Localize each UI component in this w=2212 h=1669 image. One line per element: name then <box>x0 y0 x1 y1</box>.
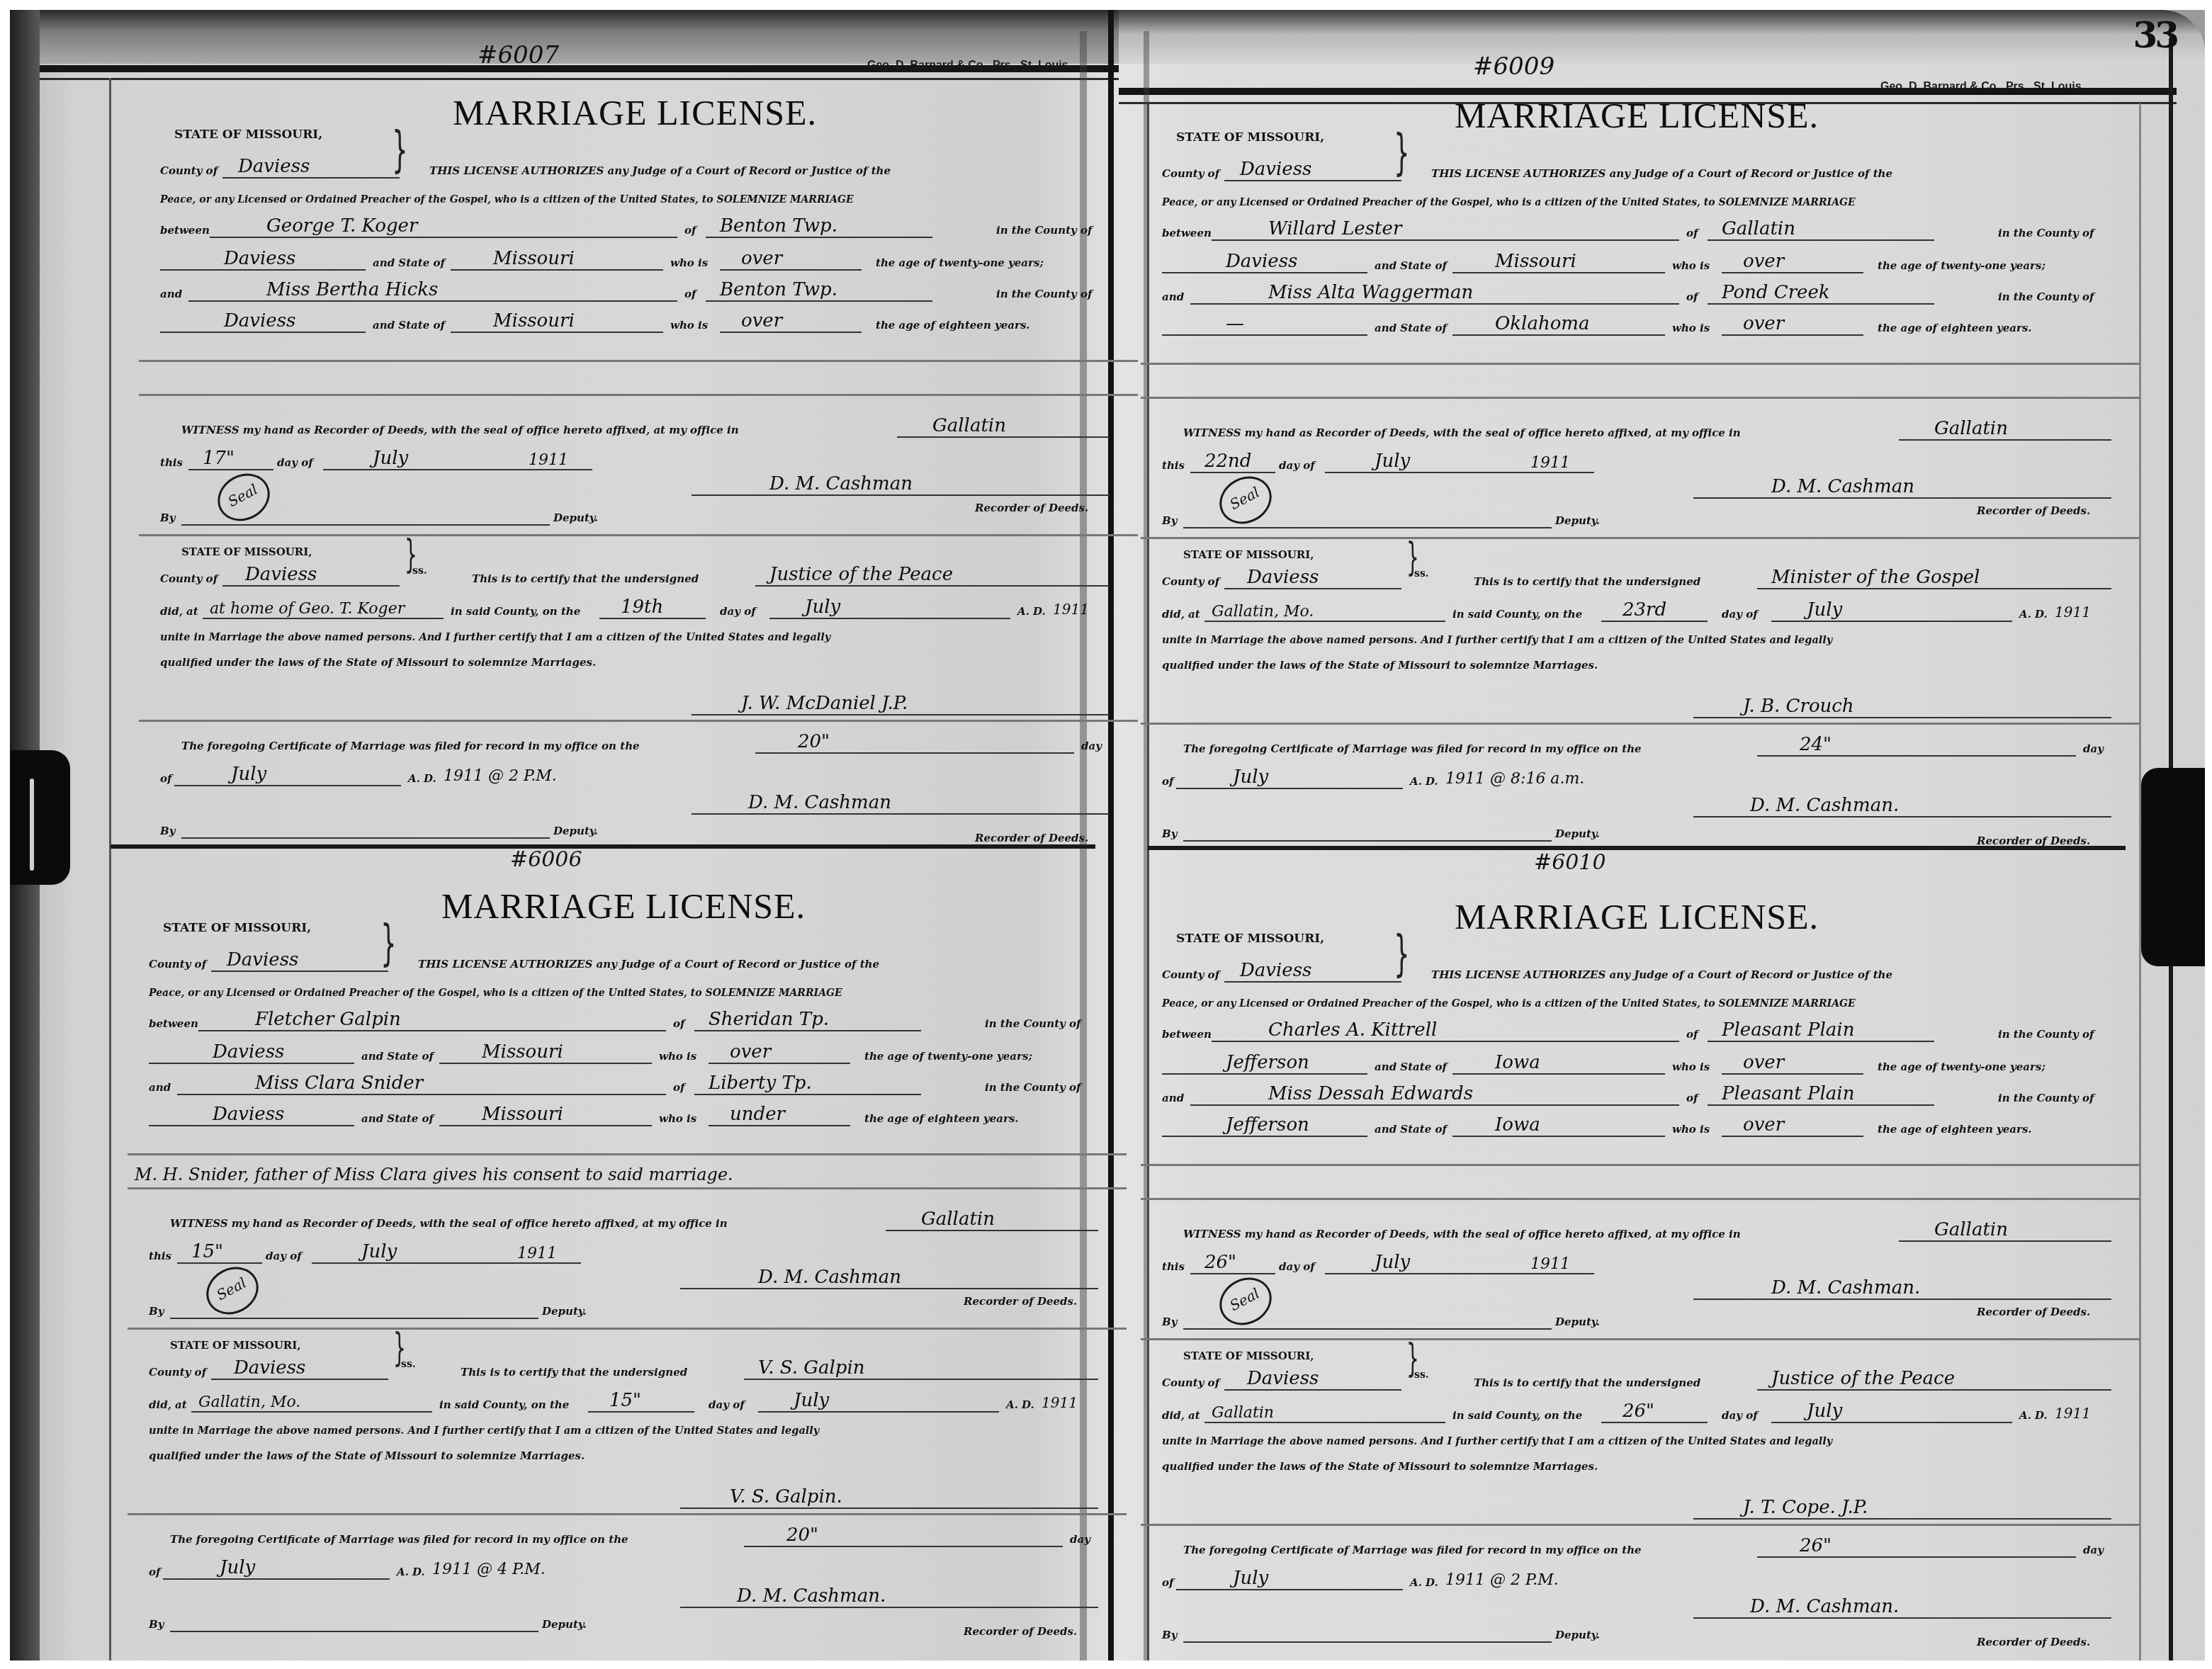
authorizes-line-1: THIS LICENSE AUTHORIZES any Judge of a C… <box>1431 968 1892 981</box>
of-label: of <box>1686 227 1698 239</box>
in-said-county-label: in said County, on the <box>1452 608 1582 621</box>
who-is-label: who is <box>670 319 708 332</box>
between-label: between <box>1162 1028 1212 1041</box>
county-of-label: in the County of <box>1998 1092 2094 1104</box>
brace: } <box>393 1325 406 1371</box>
county-label: County of <box>1162 968 1219 981</box>
county-row: County of Daviess THIS LICENSE AUTHORIZE… <box>149 945 1098 973</box>
ceremony-year: 1911 <box>1042 1394 1078 1411</box>
day-label: day <box>1070 1533 1090 1546</box>
state-of-label: and State of <box>1375 1123 1447 1136</box>
bride-age-qualifier: over <box>741 310 782 332</box>
state-label: STATE OF MISSOURI, <box>1176 932 1324 946</box>
county-label: County of <box>149 1366 206 1379</box>
bride-name: Miss Alta Waggerman <box>1268 282 1473 303</box>
issue-year: 1911 <box>517 1245 557 1262</box>
certify-text: This is to certify that the undersigned <box>1474 575 1700 588</box>
bride-county: — <box>1226 313 1244 334</box>
of-label: of <box>160 772 171 785</box>
cert-state-label: STATE OF MISSOURI, <box>181 545 312 558</box>
groom-state: Missouri <box>482 1041 563 1063</box>
certify-text: This is to certify that the undersigned <box>461 1366 687 1379</box>
witness-text: WITNESS my hand as Recorder of Deeds, wi… <box>170 1217 728 1230</box>
county-value: Daviess <box>238 156 310 177</box>
recorder-label: Recorder of Deeds. <box>1977 504 2090 517</box>
issue-year: 1911 <box>1530 1255 1570 1273</box>
brace: } <box>1406 534 1419 580</box>
by-label: By <box>1162 827 1177 840</box>
ad-label: A. D. <box>1410 1576 1438 1589</box>
age-18-label: the age of eighteen years. <box>864 1112 1019 1125</box>
and-label: and <box>160 288 182 300</box>
by-label: By <box>149 1618 164 1631</box>
recorder-label: Recorder of Deeds. <box>1977 1306 2090 1318</box>
state-label: STATE OF MISSOURI, <box>163 921 311 935</box>
who-is-label: who is <box>1672 1060 1710 1073</box>
bride-residence: Benton Twp. <box>720 279 837 300</box>
filed-date-row: of July A. D. 1911 @ 2 P.M. <box>160 758 1110 788</box>
county-label: County of <box>1162 575 1219 588</box>
ceremony-day: 26" <box>1623 1401 1654 1422</box>
witness-place: Gallatin <box>1934 1219 2008 1240</box>
state-of-label: and State of <box>361 1112 434 1125</box>
authorizes-line-2: Peace, or any Licensed or Ordained Preac… <box>1162 197 1856 208</box>
witness-row: WITNESS my hand as Recorder of Deeds, wi… <box>1162 414 2111 442</box>
filed-month: July <box>231 764 266 785</box>
cert-county: Daviess <box>1247 567 1319 588</box>
deputy-row: By Deputy. Recorder of Deeds. <box>1162 1303 2111 1331</box>
filed-row: The foregoing Certificate of Marriage wa… <box>149 1520 1098 1549</box>
printer-mark: Geo. D. Barnard & Co., Prs., St. Louis <box>1880 81 2082 94</box>
state-of-label: and State of <box>1375 322 1447 334</box>
by-label: By <box>160 825 175 837</box>
cert-county: Daviess <box>1247 1368 1319 1389</box>
state-label: STATE OF MISSOURI, <box>1176 130 1324 145</box>
bride-state-row: Jefferson and State of Iowa who is over … <box>1162 1109 2111 1138</box>
bride-county: Daviess <box>224 310 295 332</box>
brace: } <box>1394 924 1409 983</box>
authorizes-line-1: THIS LICENSE AUTHORIZES any Judge of a C… <box>429 164 891 177</box>
age-18-label: the age of eighteen years. <box>1878 1123 2032 1136</box>
bride-row: and Miss Clara Snider of Liberty Tp. in … <box>149 1067 1098 1097</box>
and-label: and <box>1162 290 1184 303</box>
filed-recorder-signature: D. M. Cashman. <box>1750 795 1899 816</box>
issue-year: 1911 <box>1530 454 1570 472</box>
groom-state: Missouri <box>493 248 575 269</box>
unite-text: unite in Marriage the above named person… <box>1162 634 1832 646</box>
cert-state-label: STATE OF MISSOURI, <box>1183 548 1314 561</box>
ceremony-place: Gallatin <box>1212 1404 1274 1422</box>
bride-state: Oklahoma <box>1495 313 1589 334</box>
ceremony-year: 1911 <box>2055 1405 2091 1422</box>
by-label: By <box>1162 1629 1177 1641</box>
of-label: of <box>1686 1028 1698 1041</box>
groom-state: Iowa <box>1495 1052 1540 1073</box>
qualified-row: qualified under the laws of the State of… <box>1162 1450 2111 1476</box>
did-at-label: did, at <box>1162 608 1200 621</box>
officiant-signature: J. T. Cope. J.P. <box>1743 1497 1868 1518</box>
unite-row: unite in Marriage the above named person… <box>1162 623 2111 649</box>
cert-state-label: STATE OF MISSOURI, <box>170 1339 301 1352</box>
deputy-label: Deputy. <box>1555 827 1600 840</box>
groom-county: Daviess <box>224 248 295 269</box>
foregoing-text: The foregoing Certificate of Marriage wa… <box>170 1533 628 1546</box>
officiant-signature-row: J. T. Cope. J.P. <box>1162 1488 2111 1521</box>
issue-month: July <box>1375 451 1410 472</box>
ceremony-year: 1911 <box>1053 601 1089 618</box>
witness-place: Gallatin <box>932 415 1006 436</box>
groom-row: between Willard Lester of Gallatin in th… <box>1162 213 2111 242</box>
county-label: County of <box>1162 1376 1219 1389</box>
foregoing-text: The foregoing Certificate of Marriage wa… <box>1183 742 1642 755</box>
certify-text: This is to certify that the undersigned <box>1474 1376 1700 1389</box>
county-row: County of Daviess THIS LICENSE AUTHORIZE… <box>1162 154 2111 183</box>
who-is-label: who is <box>670 256 708 269</box>
left-page-header-band <box>10 10 1119 64</box>
officiant-signature: J. B. Crouch <box>1743 696 1854 717</box>
county-row: County of Daviess THIS LICENSE AUTHORIZE… <box>160 152 1110 180</box>
deputy-label: Deputy. <box>1555 1316 1600 1328</box>
entry-number-top: #6009 <box>1473 52 1554 81</box>
ledger-tab <box>2141 768 2205 966</box>
filed-date-row: of July A. D. 1911 @ 4 P.M. <box>149 1551 1098 1581</box>
bride-name: Miss Clara Snider <box>255 1073 423 1094</box>
age-21-label: the age of twenty-one years; <box>864 1050 1032 1063</box>
witness-row: WITNESS my hand as Recorder of Deeds, wi… <box>160 411 1110 439</box>
bride-age-qualifier: over <box>1743 1114 1784 1136</box>
groom-age-qualifier: over <box>730 1041 771 1063</box>
filed-month: July <box>1233 1568 1268 1589</box>
qualified-row: qualified under the laws of the State of… <box>149 1439 1098 1465</box>
in-said-county-label: in said County, on the <box>439 1398 569 1411</box>
groom-residence: Benton Twp. <box>720 215 837 237</box>
filed-row: The foregoing Certificate of Marriage wa… <box>160 727 1110 755</box>
recorder-label: Recorder of Deeds. <box>964 1295 1077 1308</box>
state-label: STATE OF MISSOURI, <box>174 128 322 142</box>
filed-year-time: 1911 @ 8:16 a.m. <box>1445 770 1584 788</box>
filed-day: 20" <box>786 1524 818 1546</box>
filed-deputy-row: By Deputy. Recorder of Deeds. <box>160 812 1110 840</box>
who-is-label: who is <box>1672 1123 1710 1136</box>
bride-state: Missouri <box>493 310 575 332</box>
filed-year-time: 1911 @ 2 P.M. <box>444 767 557 785</box>
bride-residence: Pleasant Plain <box>1722 1083 1854 1104</box>
state-of-label: and State of <box>373 256 445 269</box>
note-row <box>1162 1165 2111 1198</box>
county-of-label: in the County of <box>985 1017 1081 1030</box>
of-label: of <box>1162 1576 1173 1589</box>
county-of-label: in the County of <box>985 1081 1081 1094</box>
who-is-label: who is <box>1672 322 1710 334</box>
day-of-label: day of <box>1722 1409 1758 1422</box>
issue-day: 26" <box>1204 1252 1236 1273</box>
authorizes-row: Peace, or any Licensed or Ordained Preac… <box>1162 987 2111 1012</box>
by-label: By <box>1162 1316 1177 1328</box>
bride-age-qualifier: under <box>730 1104 785 1125</box>
deputy-label: Deputy. <box>1555 514 1600 527</box>
recorder-label: Recorder of Deeds. <box>1977 1636 2090 1648</box>
age-18-label: the age of eighteen years. <box>1878 322 2032 334</box>
ceremony-month: July <box>1807 599 1842 621</box>
officiant-signature: J. W. McDaniel J.P. <box>741 693 908 714</box>
filed-year-time: 1911 @ 4 P.M. <box>432 1561 546 1578</box>
note-row <box>1162 364 2111 397</box>
bride-state-row: Daviess and State of Missouri who is und… <box>149 1098 1098 1128</box>
bride-state-row: Daviess and State of Missouri who is ove… <box>160 305 1110 334</box>
age-21-label: the age of twenty-one years; <box>876 256 1044 269</box>
groom-residence: Pleasant Plain <box>1722 1019 1854 1041</box>
between-label: between <box>160 224 210 237</box>
deputy-row: By Deputy. Recorder of Deeds. <box>160 499 1110 527</box>
deputy-label: Deputy. <box>542 1618 587 1631</box>
ceremony-year: 1911 <box>2055 604 2091 621</box>
groom-name: George T. Koger <box>266 215 417 237</box>
certify-text: This is to certify that the undersigned <box>472 572 699 585</box>
between-label: between <box>149 1017 198 1030</box>
filed-day: 24" <box>1800 734 1832 755</box>
of-label: of <box>673 1017 684 1030</box>
ceremony-place: Gallatin, Mo. <box>198 1393 300 1411</box>
groom-county: Jefferson <box>1226 1052 1309 1073</box>
bride-county: Jefferson <box>1226 1114 1309 1136</box>
witness-text: WITNESS my hand as Recorder of Deeds, wi… <box>1183 1228 1741 1240</box>
authorizes-row: Peace, or any Licensed or Ordained Preac… <box>149 976 1098 1002</box>
entry-number: #6006 <box>510 847 582 872</box>
issue-day: 22nd <box>1204 451 1251 472</box>
ceremony-place: Gallatin, Mo. <box>1212 603 1314 621</box>
in-said-county-label: in said County, on the <box>1452 1409 1582 1422</box>
witness-place: Gallatin <box>921 1209 995 1230</box>
groom-row: between Fletcher Galpin of Sheridan Tp. … <box>149 1003 1098 1033</box>
filed-deputy-row: By Deputy. Recorder of Deeds. <box>1162 1616 2111 1644</box>
of-label: of <box>684 288 696 300</box>
recorder-signature-row: D. M. Cashman <box>160 468 1110 497</box>
state-of-label: and State of <box>361 1050 434 1063</box>
groom-state-row: Jefferson and State of Iowa who is over … <box>1162 1046 2111 1076</box>
authorizes-line-2: Peace, or any Licensed or Ordained Preac… <box>160 194 854 205</box>
note-row: M. H. Snider, father of Miss Clara gives… <box>149 1155 1098 1187</box>
officiant-signature-row: V. S. Galpin. <box>149 1478 1098 1510</box>
bride-row: and Miss Dessah Edwards of Pleasant Plai… <box>1162 1077 2111 1107</box>
recorder-signature-row: D. M. Cashman <box>149 1261 1098 1291</box>
cert-county-row: County of Daviess ss. This is to certify… <box>1162 1364 2111 1392</box>
day-of-label: day of <box>709 1398 745 1411</box>
county-label: County of <box>160 164 218 177</box>
witness-row: WITNESS my hand as Recorder of Deeds, wi… <box>149 1204 1098 1233</box>
did-at-label: did, at <box>149 1398 187 1411</box>
deputy-label: Deputy. <box>1555 1629 1600 1641</box>
ceremony-month: July <box>1807 1401 1842 1422</box>
state-of-label: and State of <box>1375 1060 1447 1073</box>
note-row <box>160 361 1110 394</box>
filed-day: 26" <box>1800 1535 1832 1556</box>
ceremony-row: did, at Gallatin, Mo. in said County, on… <box>149 1384 1098 1414</box>
groom-age-qualifier: over <box>1743 251 1784 272</box>
filed-month: July <box>1233 766 1268 788</box>
groom-state: Missouri <box>1495 251 1576 272</box>
qualified-row: qualified under the laws of the State of… <box>1162 649 2111 674</box>
bride-state: Missouri <box>482 1104 563 1125</box>
qualified-text: qualified under the laws of the State of… <box>1162 1460 1598 1473</box>
did-at-label: did, at <box>1162 1409 1200 1422</box>
ceremony-day: 15" <box>609 1390 641 1411</box>
deputy-label: Deputy. <box>553 825 598 837</box>
groom-name: Charles A. Kittrell <box>1268 1019 1437 1041</box>
recorder-signature: D. M. Cashman. <box>1771 1277 1920 1299</box>
of-label: of <box>1686 290 1698 303</box>
by-label: By <box>149 1305 164 1318</box>
bride-state: Iowa <box>1495 1114 1540 1136</box>
right-page-header-band <box>1119 10 2205 64</box>
groom-county: Daviess <box>1226 251 1297 272</box>
county-of-label: in the County of <box>996 288 1093 300</box>
officiant-signature-row: J. W. McDaniel J.P. <box>160 684 1110 717</box>
ledger-tab <box>10 750 70 885</box>
ceremony-day: 19th <box>621 596 663 618</box>
ad-label: A. D. <box>2019 1409 2048 1422</box>
groom-state-row: Daviess and State of Missouri who is ove… <box>149 1036 1098 1065</box>
of-label: of <box>684 224 696 237</box>
groom-age-qualifier: over <box>741 248 782 269</box>
ceremony-place: at home of Geo. T. Koger <box>210 600 405 618</box>
of-label: of <box>1162 775 1173 788</box>
ceremony-month: July <box>794 1390 829 1411</box>
by-label: By <box>1162 514 1177 527</box>
cert-state-label: STATE OF MISSOURI, <box>1183 1350 1314 1362</box>
ad-label: A. D. <box>397 1566 425 1578</box>
bride-age-qualifier: over <box>1743 313 1784 334</box>
ceremony-row: did, at Gallatin, Mo. in said County, on… <box>1162 594 2111 623</box>
county-row: County of Daviess THIS LICENSE AUTHORIZE… <box>1162 956 2111 984</box>
groom-name: Fletcher Galpin <box>255 1009 401 1030</box>
recorder-signature-row: D. M. Cashman. <box>1162 1272 2111 1301</box>
deputy-row: By Deputy. Recorder of Deeds. <box>1162 502 2111 530</box>
brace: } <box>1394 123 1409 181</box>
authorizes-row: Peace, or any Licensed or Ordained Preac… <box>1162 186 2111 211</box>
filed-day: 20" <box>798 731 830 752</box>
filed-row: The foregoing Certificate of Marriage wa… <box>1162 730 2111 758</box>
cert-county-row: County of Daviess ss. This is to certify… <box>1162 562 2111 591</box>
filed-year-time: 1911 @ 2 P.M. <box>1445 1571 1559 1589</box>
recorder-label: Recorder of Deeds. <box>964 1625 1077 1638</box>
ceremony-month: July <box>805 596 840 618</box>
issue-month: July <box>373 448 408 469</box>
state-of-label: and State of <box>373 319 445 332</box>
license-divider <box>1148 846 2126 850</box>
county-of-label: in the County of <box>1998 290 2094 303</box>
day-label: day <box>1081 740 1102 752</box>
groom-residence: Gallatin <box>1722 218 1795 239</box>
ceremony-row: did, at Gallatin in said County, on the … <box>1162 1395 2111 1425</box>
header-rule-thin <box>10 78 1119 80</box>
recorder-label: Recorder of Deeds. <box>975 832 1088 844</box>
bride-name: Miss Dessah Edwards <box>1268 1083 1473 1104</box>
authorizes-line-1: THIS LICENSE AUTHORIZES any Judge of a C… <box>418 958 879 971</box>
issue-month: July <box>361 1241 397 1262</box>
cert-county-row: County of Daviess ss. This is to certify… <box>149 1353 1098 1381</box>
deputy-label: Deputy. <box>553 511 598 524</box>
bride-row: and Miss Bertha Hicks of Benton Twp. in … <box>160 273 1110 303</box>
ceremony-row: did, at at home of Geo. T. Koger in said… <box>160 591 1110 621</box>
officiant-signature-row: J. B. Crouch <box>1162 687 2111 720</box>
unite-row: unite in Marriage the above named person… <box>160 621 1110 646</box>
printer-mark: Geo. D. Barnard & Co., Prs., St. Louis <box>867 60 1068 72</box>
recorder-signature: D. M. Cashman <box>758 1267 901 1288</box>
ad-label: A. D. <box>408 772 436 785</box>
issue-month: July <box>1375 1252 1410 1273</box>
county-of-label: in the County of <box>1998 1028 2094 1041</box>
license-divider <box>111 844 1095 849</box>
filed-recorder-signature: D. M. Cashman. <box>737 1585 886 1607</box>
filed-deputy-row: By Deputy. Recorder of Deeds. <box>1162 815 2111 843</box>
officiant-title: Justice of the Peace <box>769 564 953 585</box>
bride-row: and Miss Alta Waggerman of Pond Creek in… <box>1162 276 2111 306</box>
witness-place: Gallatin <box>1934 418 2008 439</box>
day-of-label: day of <box>720 605 756 618</box>
county-label: County of <box>149 958 206 971</box>
between-label: between <box>1162 227 1212 239</box>
qualified-text: qualified under the laws of the State of… <box>1162 659 1598 672</box>
officiant-title: V. S. Galpin <box>758 1357 864 1379</box>
issue-day: 17" <box>203 448 235 469</box>
qualified-text: qualified under the laws of the State of… <box>149 1449 585 1462</box>
who-is-label: who is <box>659 1050 696 1063</box>
age-21-label: the age of twenty-one years; <box>1878 259 2045 272</box>
did-at-label: did, at <box>160 605 198 618</box>
authorizes-line-2: Peace, or any Licensed or Ordained Preac… <box>149 988 842 999</box>
groom-state-row: Daviess and State of Missouri who is ove… <box>1162 245 2111 275</box>
issue-day: 15" <box>191 1241 223 1262</box>
foregoing-text: The foregoing Certificate of Marriage wa… <box>1183 1544 1642 1556</box>
officiant-signature: V. S. Galpin. <box>730 1486 842 1507</box>
brace: } <box>392 120 407 179</box>
county-value: Daviess <box>1240 159 1311 180</box>
witness-text: WITNESS my hand as Recorder of Deeds, wi… <box>181 424 739 436</box>
deputy-label: Deputy. <box>542 1305 587 1318</box>
unite-text: unite in Marriage the above named person… <box>160 631 830 643</box>
age-18-label: the age of eighteen years. <box>876 319 1030 332</box>
day-label: day <box>2083 742 2104 755</box>
ad-label: A. D. <box>1017 605 1046 618</box>
bride-residence: Liberty Tp. <box>709 1073 812 1094</box>
cert-county: Daviess <box>234 1357 305 1379</box>
filed-recorder-signature: D. M. Cashman <box>748 792 891 813</box>
and-label: and <box>149 1081 171 1094</box>
filed-recorder-signature: D. M. Cashman. <box>1750 1596 1899 1617</box>
groom-row: between Charles A. Kittrell of Pleasant … <box>1162 1014 2111 1043</box>
unite-row: unite in Marriage the above named person… <box>149 1414 1098 1439</box>
recorder-signature-row: D. M. Cashman <box>1162 470 2111 500</box>
qualified-row: qualified under the laws of the State of… <box>160 646 1110 672</box>
filed-month: July <box>220 1557 255 1578</box>
ad-label: A. D. <box>1410 775 1438 788</box>
consent-note: M. H. Snider, father of Miss Clara gives… <box>135 1165 733 1184</box>
and-label: and <box>1162 1092 1184 1104</box>
authorizes-row: Peace, or any Licensed or Ordained Preac… <box>160 183 1110 208</box>
groom-age-qualifier: over <box>1743 1052 1784 1073</box>
filed-date-row: of July A. D. 1911 @ 8:16 a.m. <box>1162 761 2111 791</box>
entry-number-top: #6007 <box>478 41 559 69</box>
county-of-label: in the County of <box>996 224 1093 237</box>
of-label: of <box>1686 1092 1698 1104</box>
day-label: day <box>2083 1544 2104 1556</box>
by-label: By <box>160 511 175 524</box>
recorder-signature: D. M. Cashman <box>1771 476 1914 497</box>
county-of-label: in the County of <box>1998 227 2094 239</box>
groom-county: Daviess <box>213 1041 284 1063</box>
county-label: County of <box>160 572 218 585</box>
groom-name: Willard Lester <box>1268 218 1401 239</box>
